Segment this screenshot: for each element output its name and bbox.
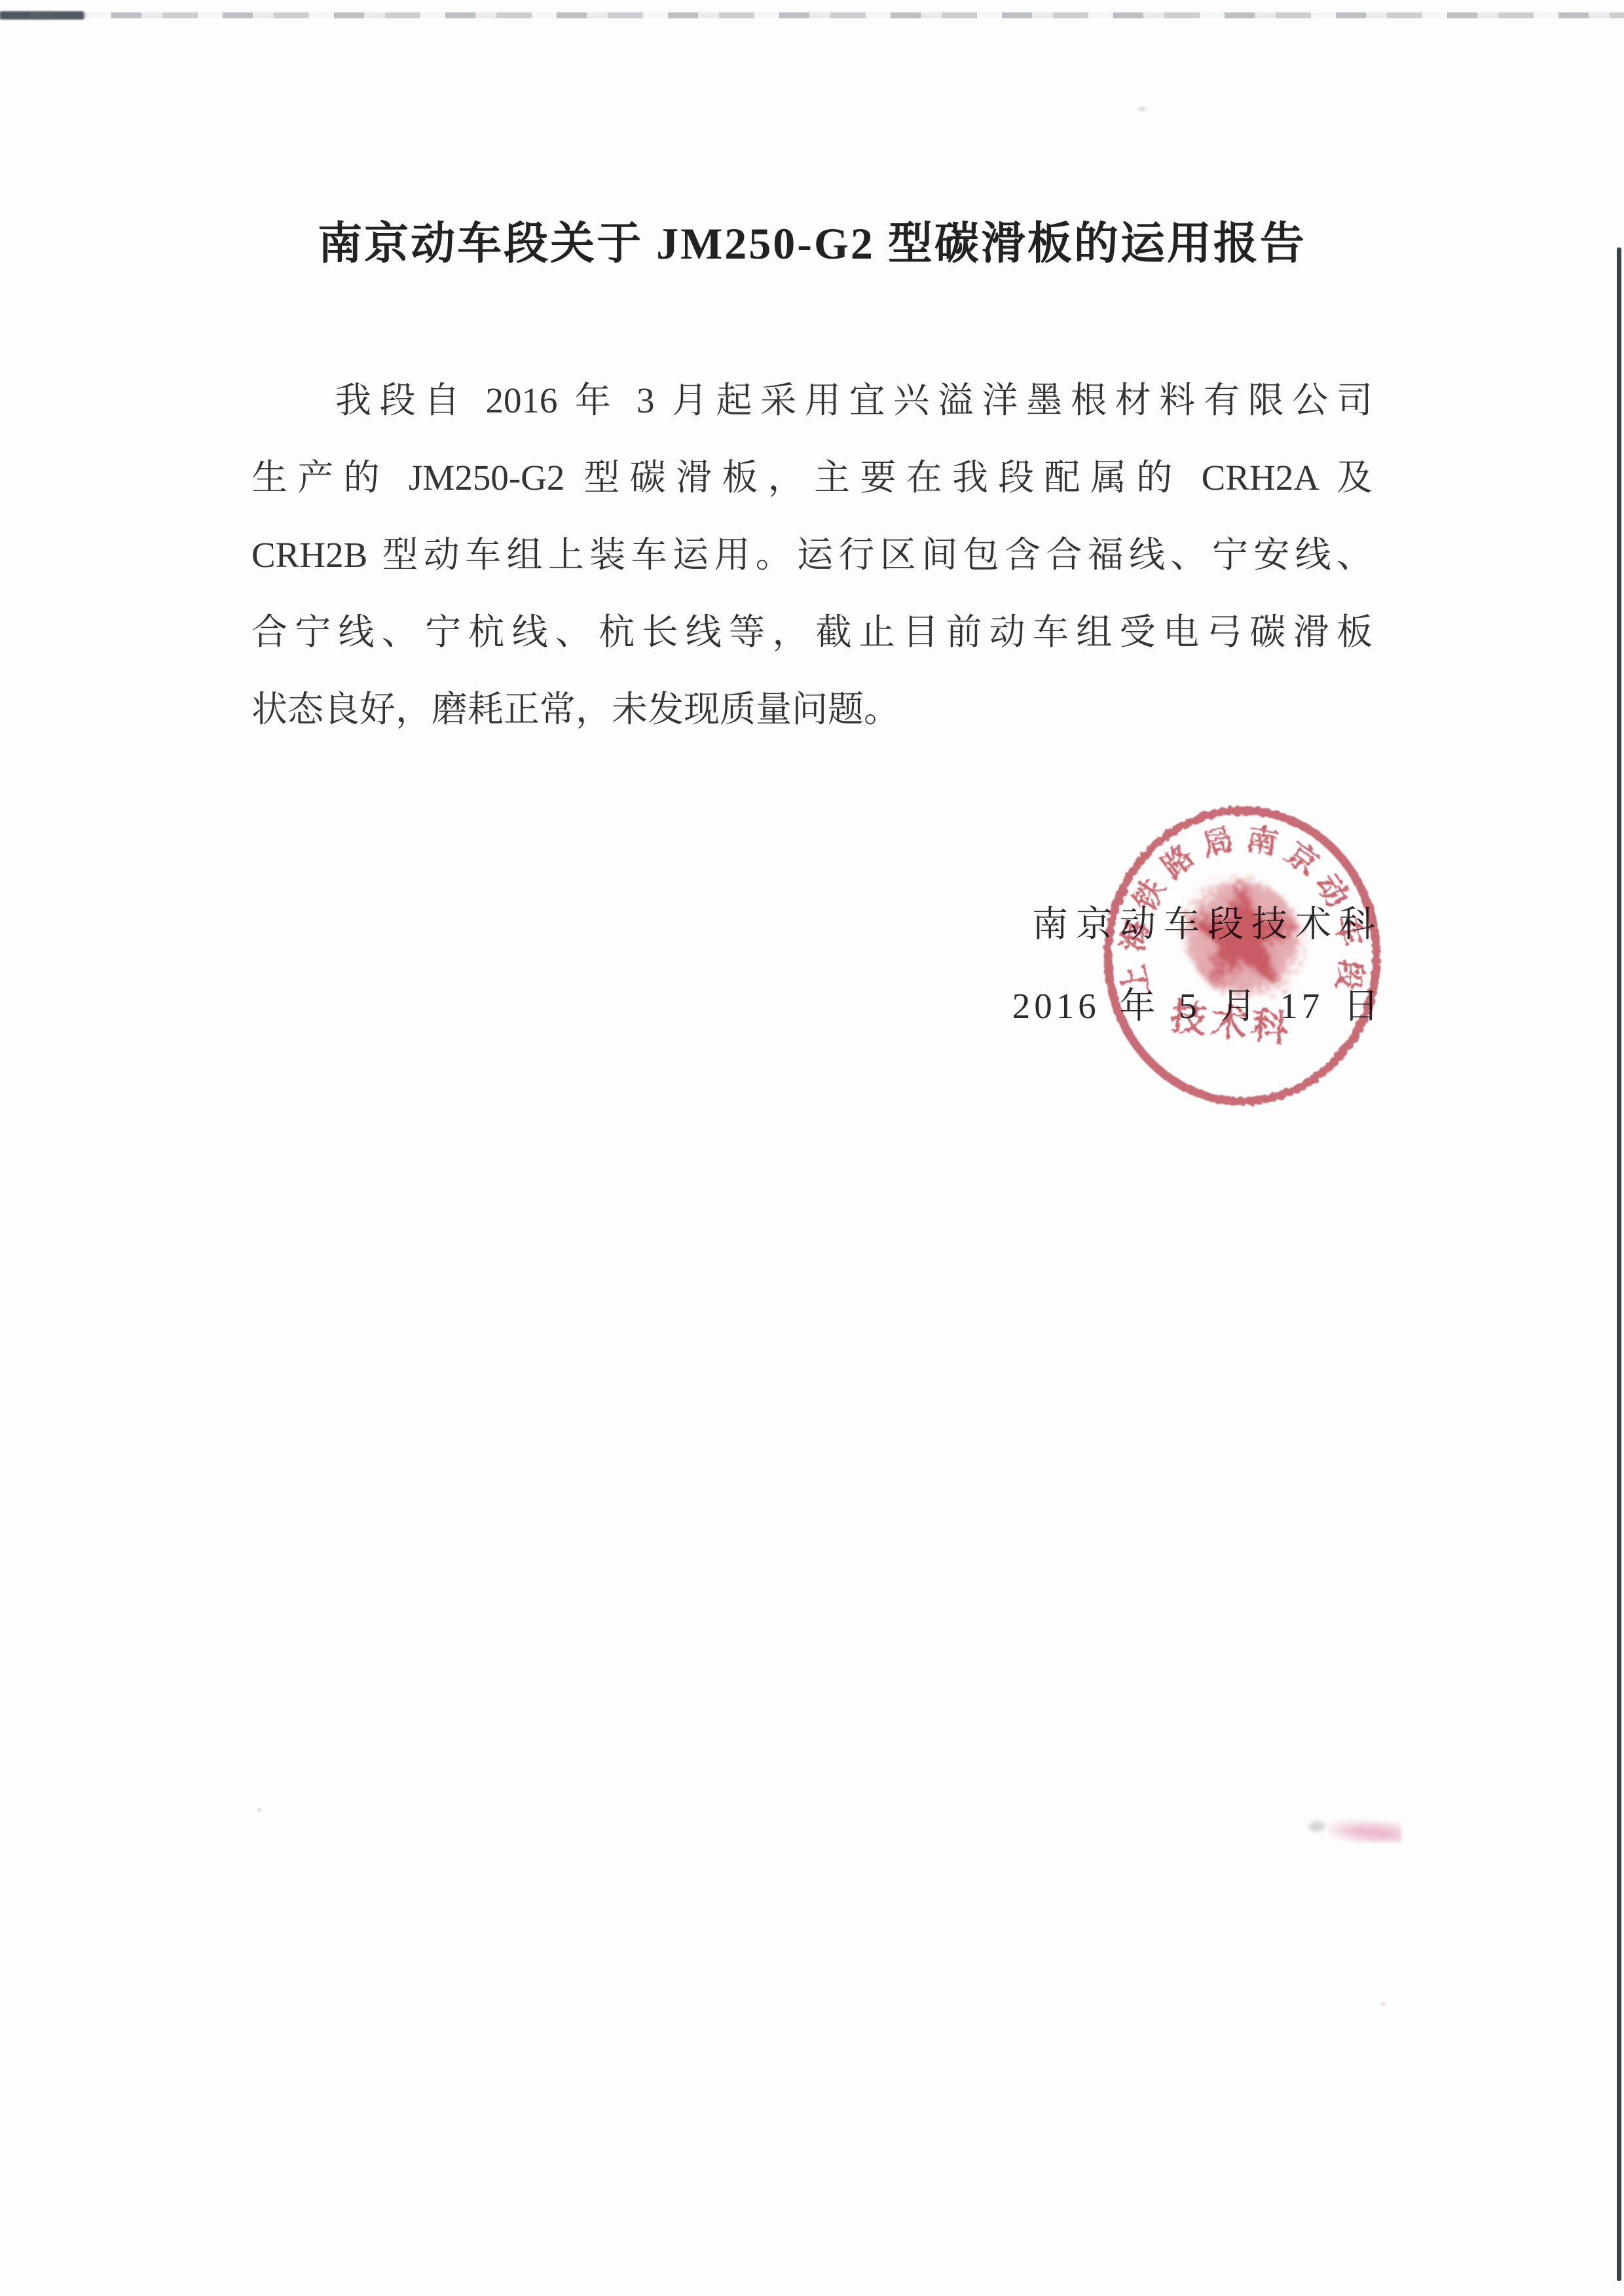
document-title: 南京动车段关于 JM250-G2 型碳滑板的运用报告 bbox=[0, 208, 1624, 272]
scanned-page: 南京动车段关于 JM250-G2 型碳滑板的运用报告 我段自 2016 年 3 … bbox=[0, 0, 1624, 2296]
scan-artifact-speck bbox=[1380, 2002, 1386, 2005]
scan-artifact-speck bbox=[257, 1808, 261, 1812]
seal-bottom-text: 技术科 bbox=[1168, 997, 1293, 1050]
scan-artifact-speck bbox=[1138, 107, 1146, 111]
body-line: CRH2B 型动车组上装车运用。运行区间包含合福线、宁安线、 bbox=[251, 517, 1373, 594]
document-body: 我段自 2016 年 3 月起采用宜兴溢洋墨根材料有限公司 生产的 JM250-… bbox=[251, 362, 1373, 748]
scan-artifact-top-edge bbox=[0, 12, 1624, 18]
official-seal-stamp: 上海铁路局南京动车段 技术科 bbox=[1074, 774, 1414, 1135]
scan-artifact-right-edge bbox=[1617, 247, 1621, 2281]
body-line: 合宁线、宁杭线、杭长线等，截止目前动车组受电弓碳滑板 bbox=[251, 594, 1373, 671]
body-line: 生产的 JM250-G2 型碳滑板，主要在我段配属的 CRH2A 及 bbox=[251, 439, 1373, 517]
seal-star-icon bbox=[1186, 877, 1300, 994]
scan-artifact-top-left-mark bbox=[0, 11, 84, 20]
body-line: 我段自 2016 年 3 月起采用宜兴溢洋墨根材料有限公司 bbox=[251, 362, 1373, 439]
scan-artifact-gray-smudge bbox=[1308, 1821, 1325, 1832]
body-line: 状态良好，磨耗正常，未发现质量问题。 bbox=[251, 671, 1373, 748]
scan-artifact-pink-smudge bbox=[1329, 1817, 1401, 1842]
